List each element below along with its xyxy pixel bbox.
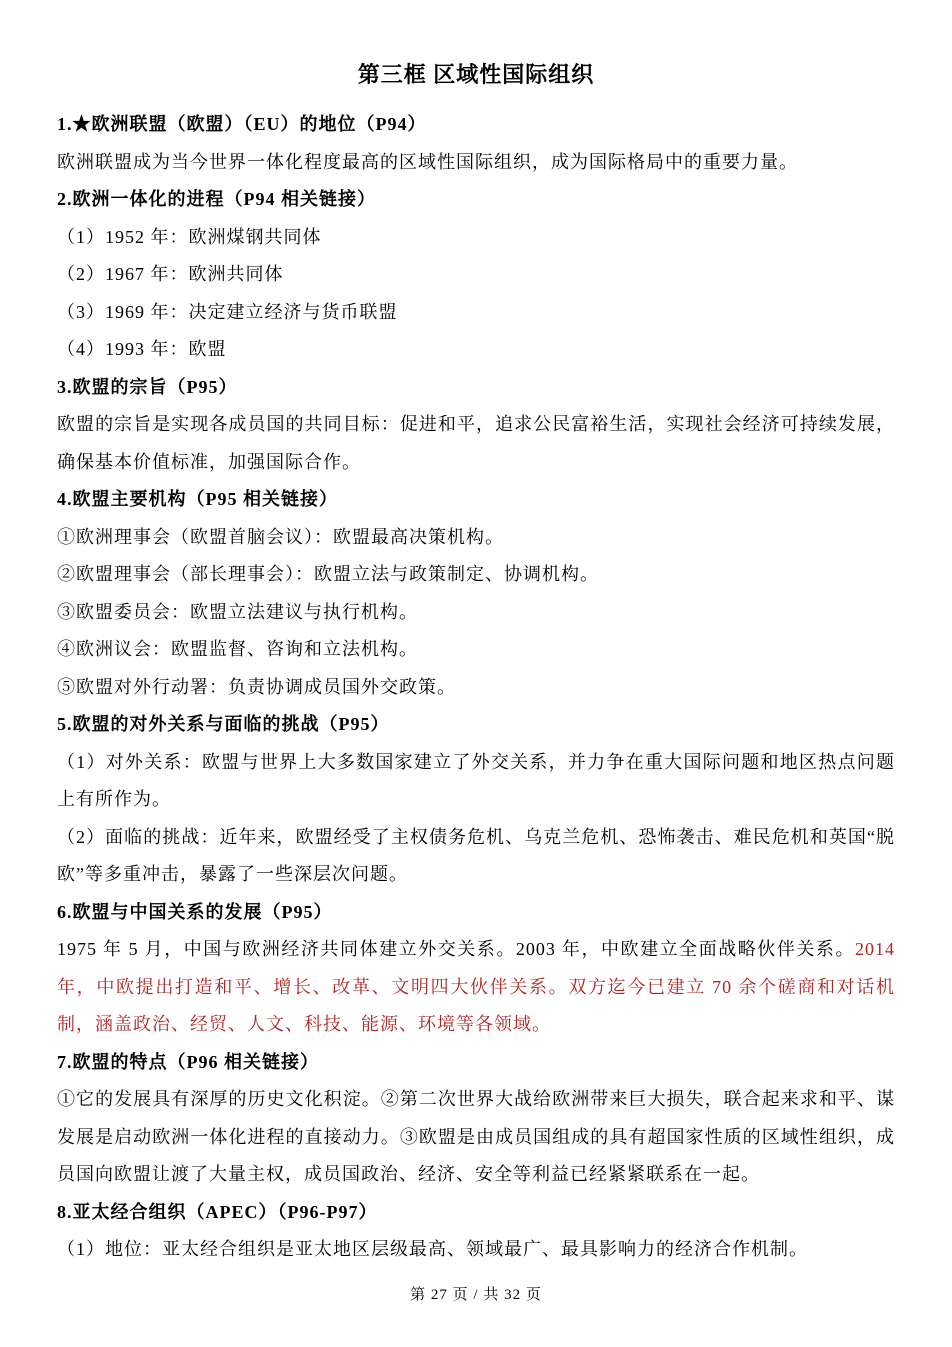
- heading-eu-institutions: 4.欧盟主要机构（P95 相关链接）: [57, 481, 895, 519]
- heading-integration: 2.欧洲一体化的进程（P94 相关链接）: [57, 181, 895, 219]
- para-eu-china: 1975 年 5 月，中国与欧洲经济共同体建立外交关系。2003 年，中欧建立全…: [57, 931, 895, 1044]
- list-item-commission: ③欧盟委员会：欧盟立法建议与执行机构。: [57, 594, 895, 632]
- para-apec-status: （1）地位：亚太经合组织是亚太地区层级最高、领域最广、最具影响力的经济合作机制。: [57, 1231, 895, 1269]
- list-item-parliament: ④欧洲议会：欧盟监督、咨询和立法机构。: [57, 631, 895, 669]
- document-page: 第三框 区域性国际组织 1.★欧洲联盟（欧盟）（EU）的地位（P94） 欧洲联盟…: [0, 0, 952, 1347]
- list-item-council-min: ②欧盟理事会（部长理事会）：欧盟立法与政策制定、协调机构。: [57, 556, 895, 594]
- heading-eu-relations: 5.欧盟的对外关系与面临的挑战（P95）: [57, 706, 895, 744]
- para-eu-china-black: 1975 年 5 月，中国与欧洲经济共同体建立外交关系。2003 年，中欧建立全…: [57, 939, 855, 959]
- list-item-1967: （2）1967 年：欧洲共同体: [57, 256, 895, 294]
- heading-eu-status: 1.★欧洲联盟（欧盟）（EU）的地位（P94）: [57, 106, 895, 144]
- para-external-relations: （1）对外关系：欧盟与世界上大多数国家建立了外交关系，并力争在重大国际问题和地区…: [57, 744, 895, 819]
- heading-apec: 8.亚太经合组织（APEC）（P96-P97）: [57, 1194, 895, 1232]
- page-number-footer: 第 27 页 / 共 32 页: [57, 1283, 895, 1307]
- heading-eu-features: 7.欧盟的特点（P96 相关链接）: [57, 1044, 895, 1082]
- page-title: 第三框 区域性国际组织: [57, 60, 895, 90]
- para-eu-status: 欧洲联盟成为当今世界一体化程度最高的区域性国际组织，成为国际格局中的重要力量。: [57, 144, 895, 182]
- list-item-eeas: ⑤欧盟对外行动署：负责协调成员国外交政策。: [57, 669, 895, 707]
- list-item-1993: （4）1993 年：欧盟: [57, 331, 895, 369]
- para-eu-features: ①它的发展具有深厚的历史文化积淀。②第二次世界大战给欧洲带来巨大损失，联合起来求…: [57, 1081, 895, 1194]
- list-item-council-eu: ①欧洲理事会（欧盟首脑会议）：欧盟最高决策机构。: [57, 519, 895, 557]
- heading-eu-purpose: 3.欧盟的宗旨（P95）: [57, 369, 895, 407]
- list-item-1952: （1）1952 年：欧洲煤钢共同体: [57, 219, 895, 257]
- list-item-1969: （3）1969 年：决定建立经济与货币联盟: [57, 294, 895, 332]
- para-challenges: （2）面临的挑战：近年来，欧盟经受了主权债务危机、乌克兰危机、恐怖袭击、难民危机…: [57, 819, 895, 894]
- para-eu-purpose: 欧盟的宗旨是实现各成员国的共同目标：促进和平，追求公民富裕生活，实现社会经济可持…: [57, 406, 895, 481]
- heading-eu-china: 6.欧盟与中国关系的发展（P95）: [57, 894, 895, 932]
